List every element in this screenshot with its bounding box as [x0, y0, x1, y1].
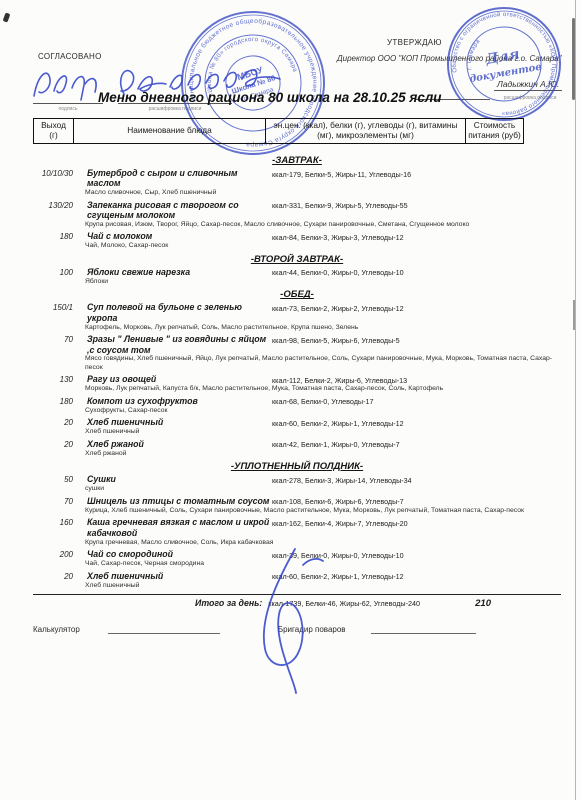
- school-round-stamp: муниципальное бюджетное общеобразователь…: [158, 0, 347, 178]
- dish-name: Сушки: [73, 474, 272, 484]
- nutrition-values: ккал-68, Белки-0, Углеводы-17: [272, 396, 561, 407]
- nutrition-values: ккал-331, Белки-9, Жиры-5, Углеводы-55: [272, 200, 561, 211]
- calculator-signature-line: [108, 623, 220, 634]
- scan-artifact: [573, 300, 575, 330]
- portion-size: 130: [33, 374, 73, 384]
- section-heading-lunch: -ОБЕД-: [33, 289, 561, 300]
- menu-row: 160 Каша гречневая вязкая с маслом и икр…: [33, 517, 561, 538]
- portion-size: 180: [33, 396, 73, 406]
- menu-row: 130/20 Запеканка рисовая с творогом со с…: [33, 200, 561, 221]
- ingredients: Чай, Молоко, Сахар-песок: [85, 242, 557, 250]
- approved-label: УТВЕРЖДАЮ: [387, 38, 442, 47]
- menu-row: 150/1 Суп полевой на бульоне с зеленью у…: [33, 302, 561, 323]
- menu-row: 180 Компот из сухофруктов ккал-68, Белки…: [33, 396, 561, 407]
- menu-row: 70 Шницель из птицы с томатным соусом кк…: [33, 496, 561, 507]
- menu-row: 180 Чай с молоком ккал-84, Белки-3, Жиры…: [33, 231, 561, 242]
- ingredients: Яблоки: [85, 278, 557, 286]
- decryption-caption: расшифровка подписи: [494, 95, 566, 101]
- scan-artifact: [572, 18, 575, 100]
- ingredients: Крупа гречневая, Масло сливочное, Соль, …: [85, 539, 557, 547]
- nutrition-values: ккал-60, Белки-2, Жиры-1, Углеводы-12: [272, 571, 561, 582]
- header-cell-cost: Стоимость питания (руб): [466, 119, 523, 143]
- portion-size: 180: [33, 231, 73, 241]
- ingredients: Крупа рисовая, Изюм, Творог, Яйцо, Сахар…: [85, 221, 557, 229]
- totals-label: Итого за день:: [195, 598, 262, 608]
- dish-name: Хлеб пшеничный: [73, 571, 272, 581]
- agreed-label: СОГЛАСОВАНО: [38, 52, 102, 61]
- nutrition-values: ккал-73, Белки-2, Жиры-2, Углеводы-12: [272, 302, 561, 313]
- nutrition-values: ккал-162, Белки-4, Жиры-7, Углеводы-20: [272, 517, 561, 528]
- ingredients: Хлеб ржаной: [85, 450, 557, 458]
- portion-size: 160: [33, 517, 73, 527]
- menu-row: 20 Хлеб пшеничный ккал-60, Белки-2, Жиры…: [33, 417, 561, 428]
- nutrition-values: ккал-278, Белки-3, Жиры-14, Углеводы-34: [272, 474, 561, 485]
- decryption-caption: расшифровка подписи: [118, 106, 232, 112]
- footer-signatures: Калькулятор Бригадир поваров: [33, 623, 561, 634]
- ingredients: Картофель, Морковь, Лук репчатый, Соль, …: [85, 324, 557, 332]
- portion-size: 70: [33, 334, 73, 344]
- nutrition-values: ккал-84, Белки-3, Жиры-3, Углеводы-12: [272, 231, 561, 242]
- menu-row: 130 Рагу из овощей ккал-112, Белки-2, Жи…: [33, 374, 561, 385]
- dish-name: Яблоки свежие нарезка: [73, 267, 272, 277]
- dish-name: Компот из сухофруктов: [73, 396, 272, 406]
- menu-row: 100 Яблоки свежие нарезка ккал-44, Белки…: [33, 267, 561, 278]
- school-stamp-inner-ring-text: «Школа № 80» городского округа Самара: [194, 24, 299, 100]
- signature-line: [33, 92, 103, 104]
- header-cell-out: Выход (г): [34, 119, 74, 143]
- brigadier-label: Бригадир поваров: [278, 625, 346, 634]
- director-name: Ладыжкин А.Ю.: [494, 79, 562, 91]
- portion-size: 20: [33, 417, 73, 427]
- brigadier-signature-line: [371, 623, 476, 634]
- portion-size: 130/20: [33, 200, 73, 210]
- ingredients: Масло сливочное, Сыр, Хлеб пшеничный: [85, 189, 557, 197]
- school-stamp-center-1: МБОУ: [236, 65, 265, 83]
- portion-size: 20: [33, 439, 73, 449]
- document-title: Меню дневного рациона 80 школа на 28.10.…: [98, 90, 441, 105]
- portion-size: 10/10/30: [33, 168, 73, 178]
- dish-name: Шницель из птицы с томатным соусом: [73, 496, 272, 506]
- menu-row: 20 Хлеб пшеничный ккал-60, Белки-2, Жиры…: [33, 571, 561, 582]
- nutrition-values: ккал-179, Белки-5, Жиры-11, Углеводы-16: [272, 168, 561, 179]
- nutrition-values: ккал-112, Белки-2, Жиры-6, Углеводы-13: [272, 374, 561, 385]
- nutrition-values: ккал-42, Белки-1, Жиры-0, Углеводы-7: [272, 439, 561, 450]
- scanned-menu-document: СОГЛАСОВАНО подпись расшифровка подписи: [0, 0, 581, 800]
- dish-name: Суп полевой на бульоне с зеленью укропа: [73, 302, 272, 323]
- scan-artifact: [575, 0, 576, 800]
- signature-caption: подпись: [40, 106, 96, 112]
- nutrition-values: ккал-44, Белки-0, Жиры-0, Углеводы-10: [272, 267, 561, 278]
- totals-values: ккал-1739, Белки-46, Жиры-62, Углеводы-2…: [268, 599, 420, 608]
- portion-size: 70: [33, 496, 73, 506]
- menu-row: 50 Сушки ккал-278, Белки-3, Жиры-14, Угл…: [33, 474, 561, 485]
- dish-name: Зразы " Ленивые " из говядины с яйцом ,с…: [73, 334, 272, 355]
- section-heading-snack: -УПЛОТНЕННЫЙ ПОЛДНИК-: [33, 461, 561, 472]
- dish-name: Чай с молоком: [73, 231, 272, 241]
- dish-name: Хлеб ржаной: [73, 439, 272, 449]
- nutrition-values: ккал-60, Белки-2, Жиры-1, Углеводы-12: [272, 417, 561, 428]
- dish-name: Хлеб пшеничный: [73, 417, 272, 427]
- dish-name: Бутерброд с сыром и сливочным маслом: [73, 168, 272, 189]
- ingredients: Сухофрукты, Сахар-песок: [85, 407, 557, 415]
- ingredients: сушки: [85, 485, 557, 493]
- dish-name: Каша гречневая вязкая с маслом и икрой к…: [73, 517, 272, 538]
- totals-cost: 210: [475, 598, 491, 609]
- menu-row: 20 Хлеб ржаной ккал-42, Белки-1, Жиры-0,…: [33, 439, 561, 450]
- header-cell-nutrition: эн.цен. (ккал), белки (г), углеводы (г),…: [266, 119, 466, 143]
- daily-totals-row: Итого за день: ккал-1739, Белки-46, Жиры…: [33, 594, 561, 609]
- nutrition-values: ккал-39, Белки-0, Жиры-0, Углеводы-10: [272, 549, 561, 560]
- section-heading-second-breakfast: -ВТОРОЙ ЗАВТРАК-: [33, 254, 561, 265]
- header-cell-dish: Наименование блюда: [74, 119, 266, 143]
- dish-name: Рагу из овощей: [73, 374, 272, 384]
- ingredients: Хлеб пшеничный: [85, 428, 557, 436]
- table-header: Выход (г) Наименование блюда эн.цен. (кк…: [33, 118, 524, 144]
- director-title-line: Директор ООО "КОП Промышленного района г…: [337, 54, 562, 63]
- svg-text:«Школа № 80» городского округа: «Школа № 80» городского округа Самара: [194, 24, 299, 100]
- section-heading-breakfast: -ЗАВТРАК-: [33, 155, 561, 166]
- portion-size: 50: [33, 474, 73, 484]
- portion-size: 20: [33, 571, 73, 581]
- portion-size: 200: [33, 549, 73, 559]
- portion-size: 150/1: [33, 302, 73, 312]
- menu-body: -ЗАВТРАК- 10/10/30 Бутерброд с сыром и с…: [33, 152, 561, 634]
- company-stamp-ring-text: Общество с ограниченной ответственностью…: [444, 3, 565, 125]
- ingredients: Морковь, Лук репчатый, Капуста б/к, Масл…: [85, 385, 557, 393]
- nutrition-values: ккал-98, Белки-5, Жиры-6, Углеводы-5: [272, 334, 561, 345]
- svg-text:Общество с ограниченной ответс: Общество с ограниченной ответственностью…: [444, 3, 565, 125]
- portion-size: 100: [33, 267, 73, 277]
- dish-name: Запеканка рисовая с творогом со сгущеным…: [73, 200, 272, 221]
- nutrition-values: ккал-108, Белки-6, Жиры-6, Углеводы-7: [272, 496, 561, 507]
- menu-row: 10/10/30 Бутерброд с сыром и сливочным м…: [33, 168, 561, 189]
- ingredients: Чай, Сахар-песок, Черная смородина: [85, 560, 557, 568]
- scan-artifact: [3, 12, 11, 22]
- ingredients: Хлеб пшеничный: [85, 582, 557, 590]
- ingredients: Мясо говядины, Хлеб пшеничный, Яйцо, Лук…: [85, 355, 557, 372]
- menu-row: 70 Зразы " Ленивые " из говядины с яйцом…: [33, 334, 561, 355]
- calculator-label: Калькулятор: [33, 625, 80, 634]
- ingredients: Курица, Хлеб пшеничный, Соль, Сухари пан…: [85, 507, 557, 515]
- menu-row: 200 Чай со смородиной ккал-39, Белки-0, …: [33, 549, 561, 560]
- company-round-stamp: Общество с ограниченной ответственностью…: [434, 0, 573, 134]
- dish-name: Чай со смородиной: [73, 549, 272, 559]
